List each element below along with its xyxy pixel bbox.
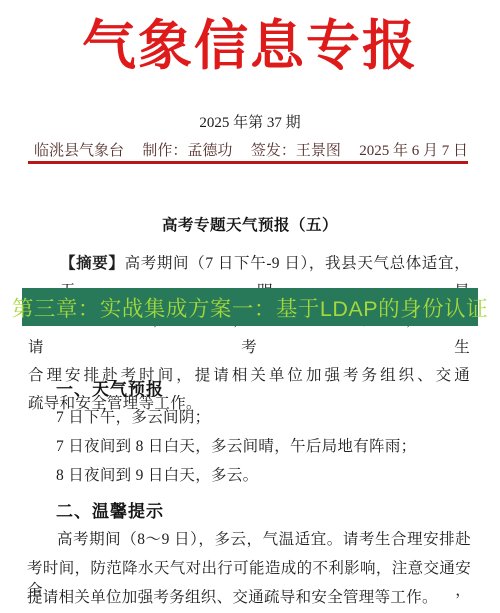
issue-number: 2025 年第 37 期	[0, 111, 500, 132]
tips-line-1: 高考期间（8～9 日），多云，气温适宜。请考生合理安排赴	[27, 527, 471, 549]
report-title: 高考专题天气预报（五）	[0, 213, 500, 235]
forecast-line-1: 7 日下午，多云间阴；	[56, 405, 210, 427]
section2-heading: 二、温馨提示	[56, 497, 164, 522]
red-header-rule	[28, 161, 468, 164]
summary-label: 【摘要】	[60, 255, 125, 272]
producer-name: 制作：孟德功	[142, 139, 232, 160]
overlay-banner-text: 第三章：实战集成方案一：基于LDAP的身份认证	[12, 292, 488, 323]
masthead-title: 气象信息专报	[0, 14, 500, 78]
agency-name: 临洮县气象台	[34, 139, 124, 160]
issuer-info-line: 临洮县气象台 制作：孟德功 签发：王景图 2025 年 6 月 7 日	[34, 139, 468, 160]
section1-heading: 一、天气预报	[56, 375, 164, 400]
tips-line-3: 提请相关单位加强考务组织、交通疏导和安全管理等工作。	[27, 585, 471, 607]
bulletin-page: 气象信息专报 2025 年第 37 期 临洮县气象台 制作：孟德功 签发：王景图…	[0, 0, 500, 613]
signer-name: 签发：王景图	[251, 139, 341, 160]
forecast-line-3: 8 日夜间到 9 日白天，多云。	[56, 463, 258, 485]
issue-date: 2025 年 6 月 7 日	[359, 139, 468, 160]
green-subtitle-overlay: 第三章：实战集成方案一：基于LDAP的身份认证	[22, 288, 478, 326]
forecast-line-2: 7 日夜间到 8 日白天，多云间晴，午后局地有阵雨；	[56, 434, 416, 456]
